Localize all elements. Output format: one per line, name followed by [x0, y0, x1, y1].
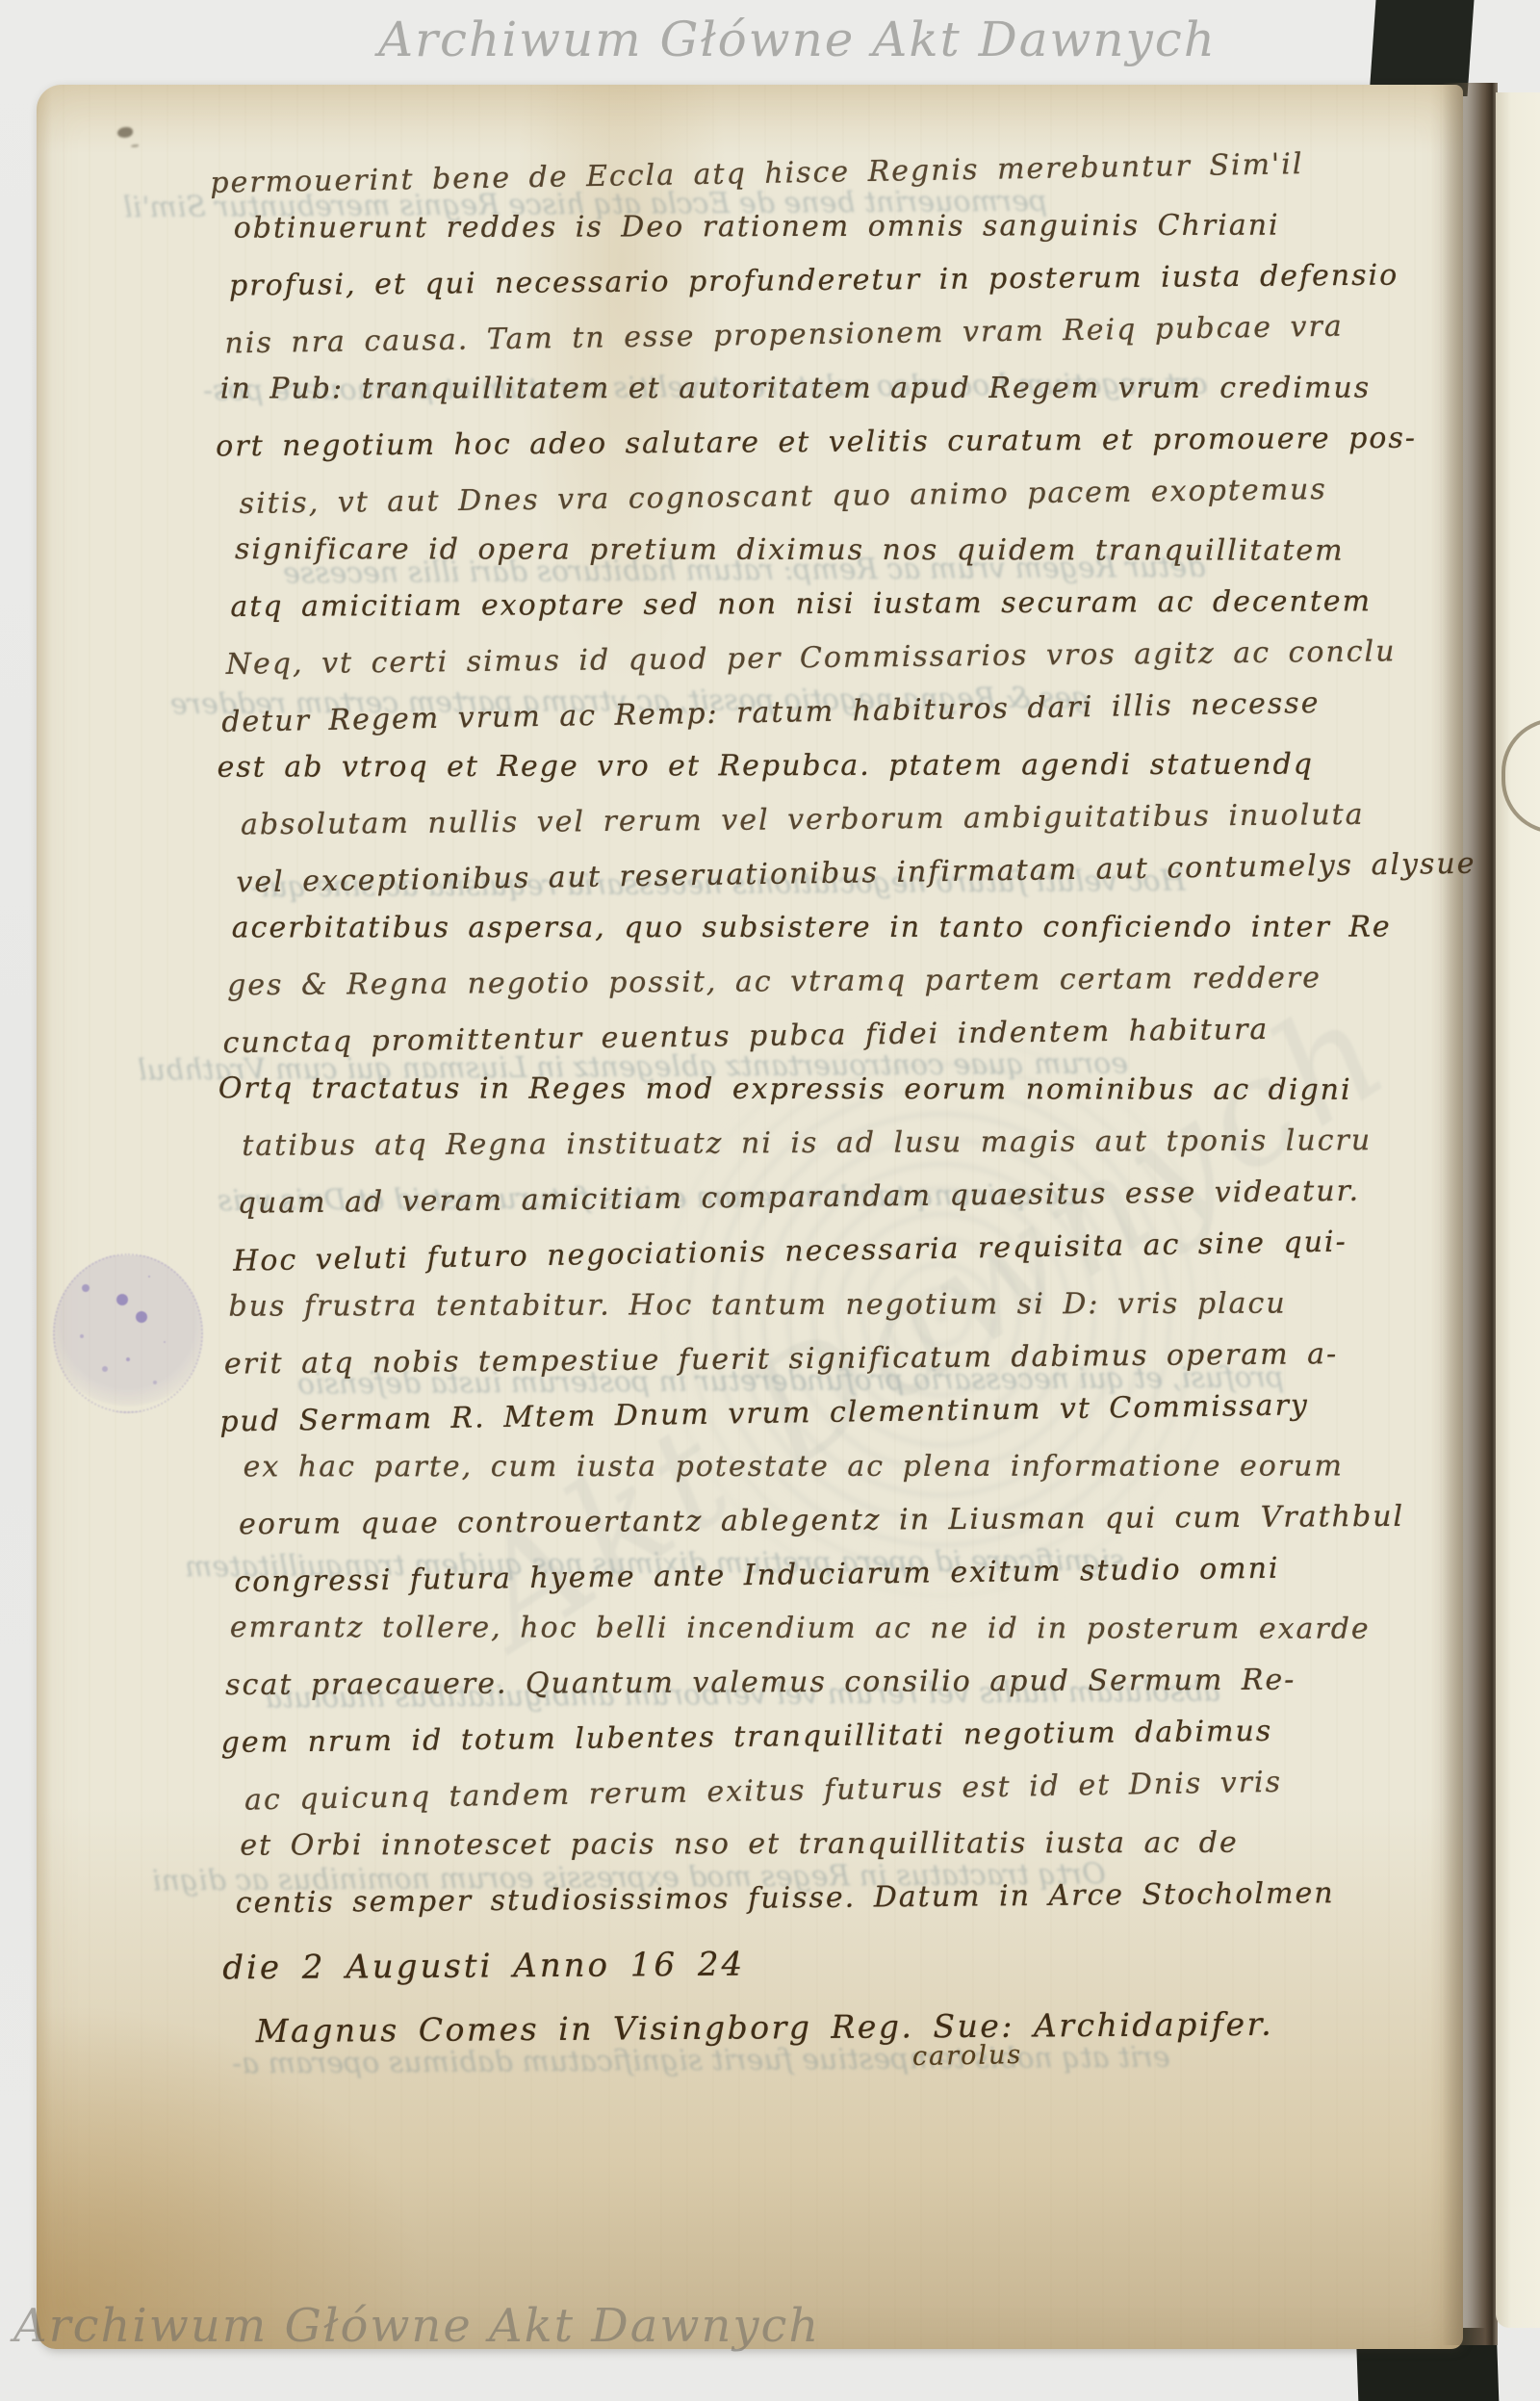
manuscript-line: acerbitatibus aspersa, quo subsistere in… [232, 901, 1419, 956]
manuscript-line: significare id opera pretium diximus nos… [235, 523, 1416, 579]
binding-tape-top [1370, 0, 1475, 96]
manuscript-line: obtinuerunt reddes is Deo rationem omnis… [234, 198, 1414, 255]
archive-watermark-top: Archiwum Główne Akt Dawnych [378, 15, 1217, 64]
manuscript-line: centis semper studiosissimos fuisse. Dat… [236, 1866, 1425, 1930]
manuscript-line: bus frustra tentabitur. Hoc tantum negot… [228, 1277, 1421, 1333]
scanned-manuscript-view: Akt Dawnych permouerint bene de Eccla at… [0, 0, 1540, 2401]
manuscript-line: emrantz tollere, hoc belli incendium ac … [230, 1601, 1424, 1657]
date-line: die 2 Augusti Anno 16 24 [222, 1933, 1425, 1996]
manuscript-line: scat praecauere. Quantum valemus consili… [225, 1653, 1424, 1713]
archive-watermark-bottom: Archiwum Główne Akt Dawnych [13, 2303, 820, 2349]
manuscript-text: permouerint bene de Eccla atq hisce Regn… [210, 142, 1426, 2059]
adjacent-page-ink-curve [1501, 718, 1540, 834]
archive-round-stamp [53, 1253, 203, 1413]
manuscript-line: ex hac parte, cum iusta potestate ac ple… [244, 1439, 1423, 1494]
signature-line: Magnus Comes in Visingborg Reg. Sue: Arc… [256, 1997, 1426, 2058]
manuscript-line: est ab vtroq et Rege vro et Repubca. pta… [218, 737, 1418, 794]
adjacent-page-edge [1496, 92, 1540, 2328]
countersign: carolus [912, 2042, 1023, 2070]
manuscript-line: et Orbi innotescet pacis nso et tranquil… [240, 1816, 1424, 1872]
manuscript-line: in Pub: tranquillitatem et autoritatem a… [220, 362, 1415, 417]
page-gutter-shadow [1442, 83, 1498, 2345]
manuscript-line: tatibus atq Regna instituatz ni is ad lu… [242, 1114, 1420, 1174]
manuscript-line: Ortq tractatus in Reges mod expressis eo… [218, 1062, 1420, 1118]
manuscript-line: atq amicitiam exoptare sed non nisi iust… [230, 575, 1416, 634]
